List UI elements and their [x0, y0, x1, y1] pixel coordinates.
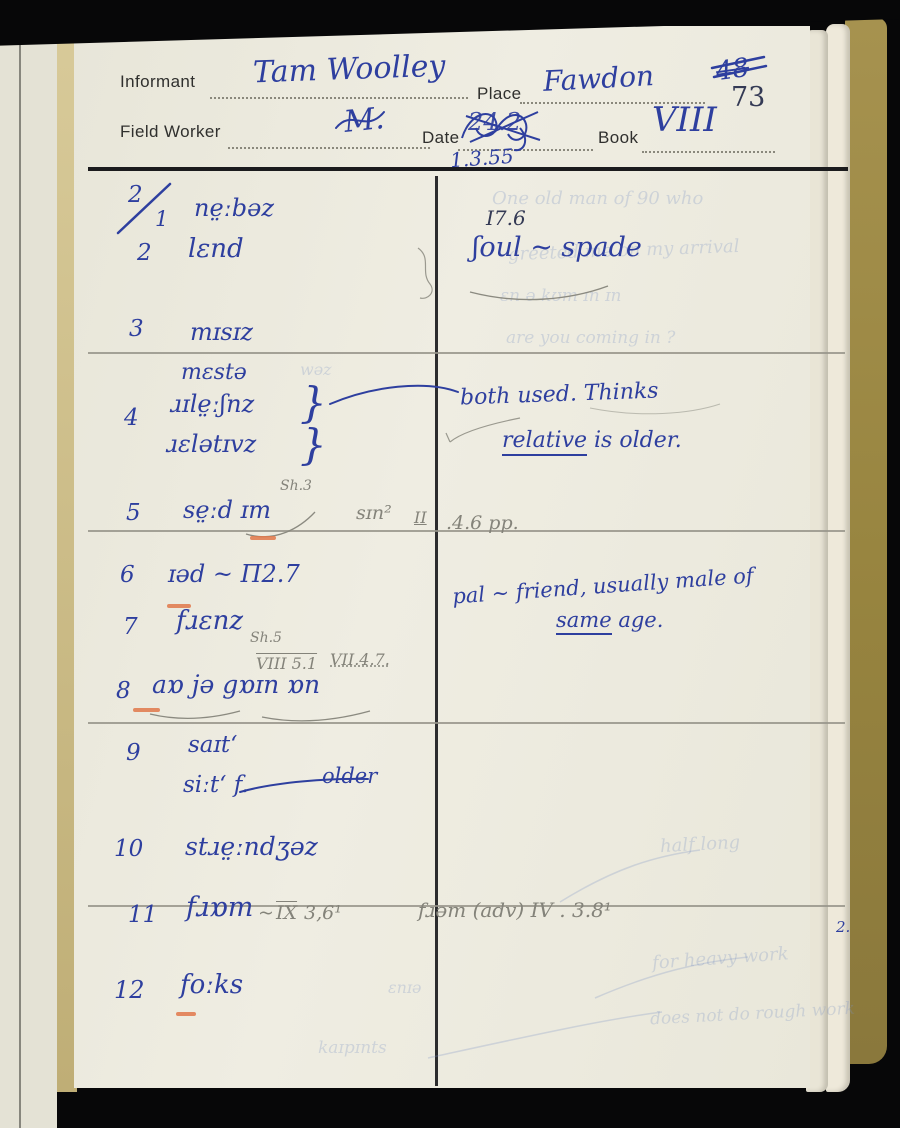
annotation-pal-line2: same age.	[556, 608, 663, 632]
book-rule	[642, 150, 775, 153]
date-label: Date	[422, 128, 460, 148]
orange-mark-entry6	[167, 604, 191, 608]
informant-label: Informant	[120, 72, 195, 92]
entry-8-transcription: aɒ jə gɒɪn ɒn	[152, 670, 320, 699]
entry-1-number: 1	[155, 207, 168, 231]
entry-10-transcription: stɹe̤ːndʒəz	[185, 832, 318, 861]
page-number: 73	[731, 82, 765, 113]
entry-5-ref-sin: sɪn²	[356, 502, 392, 524]
entry-5-ref-page: .4.6 pp.	[446, 512, 519, 534]
entry-10-number: 10	[114, 836, 143, 862]
entry-9-note: older	[322, 764, 377, 788]
entry-5-number: 5	[126, 500, 141, 526]
entry-1-transcription: ne̤ːbəz	[194, 194, 274, 222]
entry-9-line2: siːtʻ f.	[183, 772, 249, 798]
annotation-is-older: is older.	[587, 428, 682, 453]
field-worker-label: Field Worker	[120, 122, 221, 142]
entry-3-number: 3	[129, 316, 144, 342]
entry-11-number: 11	[128, 902, 157, 928]
entry-7-number: 7	[123, 614, 138, 640]
entry-4-line2: ɹɛlətɪvz	[166, 430, 256, 458]
annotation-spade: ʃoul ~ spade	[472, 232, 642, 263]
entry-2-transcription: lɛnd	[188, 234, 244, 264]
entry-11-ref-num: 3,6¹	[304, 902, 342, 924]
entry-5-ref-roman: II	[414, 508, 427, 527]
entry-9-number: 9	[126, 740, 141, 766]
entry-8-number: 8	[116, 678, 131, 704]
entry-7-superscript-ref: Sh.5	[250, 630, 282, 646]
orange-mark-entry12	[176, 1012, 196, 1016]
scanned-notebook-page: Informant Tam Woolley Place Fawdon 48 73…	[0, 0, 900, 1128]
bleed-through-text: wəz	[300, 360, 332, 379]
bleed-through-text: ɛn ə kʊm ɪn ɪn	[500, 286, 621, 306]
orange-mark-entry8	[133, 708, 160, 712]
entry-2-number: 2	[137, 240, 152, 266]
previous-page-edge	[0, 0, 57, 1128]
annotation-relative-word: relative	[502, 428, 587, 456]
entry-11-transcription: fɹɒm	[186, 892, 253, 923]
informant-value: Tam Woolley	[252, 49, 445, 91]
annotation-both-used-line2: relative is older.	[502, 428, 682, 453]
row-line-1	[88, 352, 845, 354]
field-worker-rule	[228, 146, 430, 149]
entry-4-headword: mɛstə	[181, 360, 247, 385]
notebook-page	[74, 26, 810, 1088]
field-worker-value: M.	[342, 101, 386, 140]
entry-9-line1: saɪtʻ	[188, 732, 237, 758]
place-label: Place	[477, 84, 522, 104]
entry-4-line1: ɹɪle̤ːʃnz	[170, 390, 254, 418]
previous-page-fold-line	[19, 0, 21, 1128]
entry-11-ref-roman: IX	[276, 902, 297, 924]
entry-1-section: 2	[128, 182, 143, 208]
page-edge-mark: 2.	[836, 918, 850, 936]
book-back-cover	[845, 18, 887, 1064]
entry-7-ref-vii: VII.4.7.	[330, 650, 390, 669]
entry-6-transcription: ɪəd ~ Π2.7	[168, 560, 300, 588]
entry-3-transcription: mɪsɪz	[190, 318, 253, 346]
column-divider	[435, 176, 438, 1086]
annotation-same-word: same	[556, 608, 612, 635]
entry-12-transcription: foːks	[180, 970, 243, 1000]
bleed-through-text: ɛnɪə	[388, 978, 421, 997]
entry-4-number: 4	[124, 405, 139, 431]
entry-5-superscript-ref: Sh.3	[280, 478, 312, 494]
entry-11-ref-from: fɹəm (adv) IV . 3.8¹	[418, 898, 612, 922]
entry-5-transcription: se̤ːd ɪm	[183, 496, 271, 524]
bleed-through-text: are you coming in ?	[506, 328, 675, 348]
date-value: 1.3.55	[449, 144, 514, 172]
row-line-3	[88, 722, 845, 724]
bleed-through-text: half long	[660, 832, 741, 857]
book-label: Book	[598, 128, 638, 148]
orange-mark-entry5	[250, 536, 276, 540]
entry-4-brace-bottom: }	[300, 420, 327, 469]
annotation-age: age.	[612, 608, 664, 632]
date-crossed-value: 24.2	[468, 108, 521, 136]
informant-rule	[210, 96, 468, 99]
annotation-ref-top: I7.6	[486, 206, 526, 230]
book-value: VIII	[652, 100, 717, 140]
entry-12-number: 12	[114, 976, 145, 1004]
bleed-through-text: kaɪpɪnts	[318, 1038, 387, 1058]
place-value: Fawdon	[542, 59, 655, 98]
entry-7-transcription: fɹɛnz	[176, 606, 243, 636]
entry-6-number: 6	[120, 562, 135, 588]
entry-11-ref-tilde: ~	[258, 902, 274, 924]
